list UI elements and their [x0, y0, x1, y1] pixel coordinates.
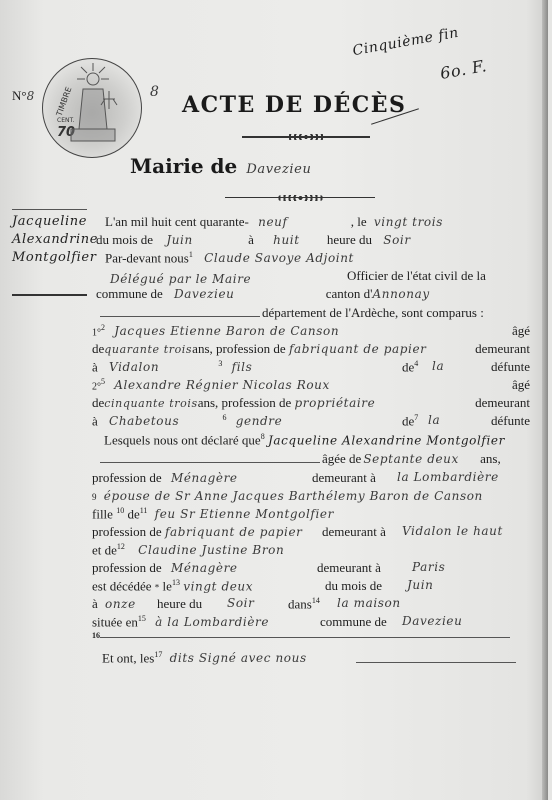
page-title: ACTE DE DÉCÈS: [182, 92, 406, 118]
line-text: ans,: [480, 451, 501, 466]
footnote-marker: 5: [101, 377, 105, 386]
commune-value: Davezieu: [174, 287, 234, 301]
line-text: âgé: [512, 377, 530, 393]
body-line-6: département de l'Ardèche, sont comparus …: [262, 305, 484, 321]
line-text: demeurant à: [312, 470, 376, 486]
witness-2-age-line: decinquante troisans, profession de prop…: [92, 395, 542, 411]
father-profession-line: profession de fabriquant de papier demeu…: [92, 524, 542, 540]
line-text: à: [92, 413, 98, 428]
corner-annotation: Cinquième fin: [351, 25, 460, 59]
situated-line: située en15 à la Lombardière commune deD…: [92, 614, 542, 630]
margin-rule-top: [12, 209, 87, 210]
corner-annotation-2: 6o. F.: [439, 56, 489, 83]
death-commune: Davezieu: [402, 614, 462, 628]
signed-line: Et ont, les17 dits Signé avec nous: [102, 650, 307, 666]
line-text: demeurant à: [322, 524, 386, 540]
line-text: fille: [92, 506, 113, 521]
margin-rule-bottom: [12, 294, 87, 296]
line-text: âgé: [512, 323, 530, 339]
deceased-profession-line: profession de Ménagère demeurant à la Lo…: [92, 470, 542, 486]
line-text: dans: [288, 596, 312, 611]
footnote-marker: 4: [414, 359, 418, 368]
deceased-age: Septante deux: [363, 452, 459, 466]
deceased-name: Jacqueline Alexandrine Montgolfier: [268, 433, 505, 447]
mairie-commune: Davezieu: [246, 162, 311, 177]
line-text: est décédée: [92, 578, 152, 593]
footnote-marker: 11: [140, 506, 148, 515]
line-text: de: [127, 506, 139, 521]
death-period: Soir: [227, 596, 254, 610]
witness-1-age: quarante trois: [104, 343, 192, 356]
canton-value: Annonay: [373, 287, 430, 301]
fill-rule: [100, 316, 260, 317]
month-value: Juin: [166, 233, 193, 247]
fill-rule: [356, 662, 516, 663]
footnote-marker: 2: [101, 323, 105, 332]
mairie-label: Mairie de: [130, 154, 237, 178]
line-text: Officier de l'état civil de la: [347, 268, 486, 284]
footnote-marker: 12: [117, 542, 125, 551]
mother-residence: Paris: [412, 560, 445, 574]
death-place: la maison: [337, 596, 401, 610]
footnote-marker-16: 16: [92, 631, 100, 640]
witness-number: 1°: [92, 327, 101, 338]
witness-1-name: Jacques Etienne Baron de Canson: [114, 324, 339, 338]
footnote-marker: 14: [312, 596, 320, 605]
witness-2-age: cinquante trois: [104, 397, 197, 410]
spouse-name: épouse de Sr Anne Jacques Barthélemy Bar…: [104, 489, 483, 503]
line-text: heure du: [327, 232, 372, 247]
record-number: N°8: [12, 88, 35, 104]
body-line-1: L'an mil huit cent quarante- neuf , le v…: [105, 214, 443, 230]
line-text: située en: [92, 614, 138, 629]
line-text: profession de: [92, 524, 162, 539]
death-date-line: est décédée * le13 vingt deux du mois de…: [92, 578, 542, 594]
death-hour: onze: [105, 597, 136, 611]
line-text: de: [402, 359, 414, 374]
margin-name-line3: Montgolfier: [12, 250, 97, 265]
body-line-3: Par-devant nous1 Claude Savoye Adjoint: [105, 250, 354, 266]
body-line-5: commune de Davezieu canton d'Annonay: [96, 286, 430, 302]
line-text: commune de: [96, 286, 163, 301]
number-annotation: 8: [150, 84, 160, 100]
period-value: Soir: [383, 233, 410, 247]
father-profession: fabriquant de papier: [165, 525, 303, 539]
deceased-age-line: âgée deSeptante deux ans,: [322, 451, 501, 467]
line-text: commune de: [320, 614, 387, 630]
document-page: N°8 TIMBRE CENT. 70 8 ACTE DE DÉCÈS Cinq…: [0, 0, 548, 800]
line-text: défunte: [491, 413, 530, 429]
margin-name-line2: Alexandrine: [12, 232, 98, 247]
hour-value: huit: [273, 233, 300, 247]
footnote-marker: 17: [154, 650, 162, 659]
footnote-marker: 6: [222, 413, 226, 422]
deceased-profession: Ménagère: [171, 471, 238, 485]
line-text: à: [248, 232, 254, 247]
number-label: N°: [12, 88, 27, 103]
footnote-marker: 9: [92, 492, 97, 502]
witness-2-place-line: à Chabetous 6 gendre de7 la défunte: [92, 413, 542, 429]
body-line-2: du mois de Juin à huit heure du Soir: [96, 232, 411, 248]
deceased-residence: la Lombardière: [397, 470, 499, 484]
death-location: à la Lombardière: [155, 615, 269, 629]
signed-statement: dits Signé avec nous: [170, 651, 307, 665]
justice-figure-icon: [43, 59, 141, 157]
fill-rule: [100, 462, 320, 463]
line-text: de: [402, 413, 414, 428]
witness-1-name-line: 1°2 Jacques Etienne Baron de Canson âgé: [92, 323, 542, 339]
witness-1-profession: fabriquant de papier: [289, 342, 427, 356]
witness-2-relation: gendre: [236, 414, 283, 428]
page-edge-shadow: [542, 0, 548, 800]
death-day: vingt deux: [183, 579, 253, 593]
declaration-line: Lesquels nous ont déclaré que8 Jacquelin…: [104, 432, 505, 448]
witness-2-name-line: 2°5 Alexandre Régnier Nicolas Roux âgé: [92, 377, 542, 393]
daughter-line: fille 10 de11 feu Sr Etienne Montgolfier: [92, 506, 334, 522]
father-residence: Vidalon le haut: [402, 524, 503, 538]
line-text: L'an mil huit cent quarante-: [105, 214, 249, 229]
line-text: le: [163, 578, 172, 593]
line-text: défunte: [491, 359, 530, 375]
witness-1-residence: Vidalon: [109, 360, 159, 374]
footnote-marker: 7: [414, 413, 418, 422]
line-text: du mois de: [325, 578, 382, 594]
line-text: Et ont, les: [102, 650, 154, 665]
line-text: à: [92, 359, 98, 374]
asterisk: *: [155, 582, 160, 592]
mother-profession: Ménagère: [171, 561, 238, 575]
witness-2-residence: Chabetous: [109, 414, 179, 428]
margin-name-line1: Jacqueline: [12, 214, 87, 229]
witness-1-age-line: dequarante troisans, profession de fabri…: [92, 341, 542, 357]
line-text: de: [92, 341, 104, 356]
line-text: ans, profession de: [192, 341, 286, 356]
body-line-4: Délégué par le Maire Officier de l'état …: [110, 268, 540, 287]
line-text: du mois de: [96, 232, 153, 247]
line-hand: la: [428, 413, 440, 427]
line-text: ans, profession de: [198, 395, 292, 410]
witness-2-name: Alexandre Régnier Nicolas Roux: [114, 378, 330, 392]
death-month: Juin: [407, 578, 434, 592]
footnote-marker: 13: [172, 578, 180, 587]
day-value: vingt trois: [374, 215, 443, 229]
line-hand: la: [432, 359, 444, 373]
number-value: 8: [27, 89, 35, 103]
line-text: profession de: [92, 560, 162, 575]
witness-1-place-line: à Vidalon 3 fils de4 la défunte: [92, 359, 542, 375]
line-text: , le: [351, 214, 367, 229]
line-text: de: [92, 395, 104, 410]
line-text: à: [92, 596, 98, 611]
tax-stamp-icon: TIMBRE CENT. 70: [42, 58, 142, 158]
mother-profession-line: profession de Ménagère demeurant à Paris: [92, 560, 542, 576]
line-text: âgée de: [322, 451, 361, 466]
footnote-marker: 1: [189, 250, 193, 259]
line-text: demeurant: [475, 341, 530, 357]
year-value: neuf: [258, 215, 287, 229]
line-text: demeurant à: [317, 560, 381, 576]
line-text: demeurant: [475, 395, 530, 411]
official-name: Claude Savoye Adjoint: [204, 251, 354, 265]
footnote-marker: 15: [138, 614, 146, 623]
mairie-heading: Mairie de Davezieu: [130, 154, 311, 178]
line-text: et de: [92, 542, 117, 557]
official-role: Délégué par le Maire: [110, 272, 251, 286]
mother-line: et de12 Claudine Justine Bron: [92, 542, 284, 558]
mother-name: Claudine Justine Bron: [138, 543, 284, 557]
line-text: Lesquels nous ont déclaré que: [104, 432, 261, 447]
father-name: feu Sr Etienne Montgolfier: [155, 507, 334, 521]
spouse-line: 9 épouse de Sr Anne Jacques Barthélemy B…: [92, 488, 483, 504]
fill-rule: [100, 637, 510, 638]
witness-2-profession: propriétaire: [294, 396, 375, 410]
footnote-marker: 10: [116, 506, 124, 515]
death-hour-line: à onze heure du Soir dans14 la maison: [92, 596, 542, 612]
witness-1-relation: fils: [232, 360, 253, 374]
line-text: Par-devant nous: [105, 250, 189, 265]
witness-number: 2°: [92, 381, 101, 392]
footnote-marker: 8: [261, 432, 265, 441]
line-text: heure du: [157, 596, 202, 612]
ornament-divider: [242, 136, 370, 138]
footnote-marker: 3: [218, 359, 222, 368]
line-text: canton d': [326, 286, 373, 301]
ornament-divider-2: [225, 197, 375, 198]
line-text: profession de: [92, 470, 162, 485]
